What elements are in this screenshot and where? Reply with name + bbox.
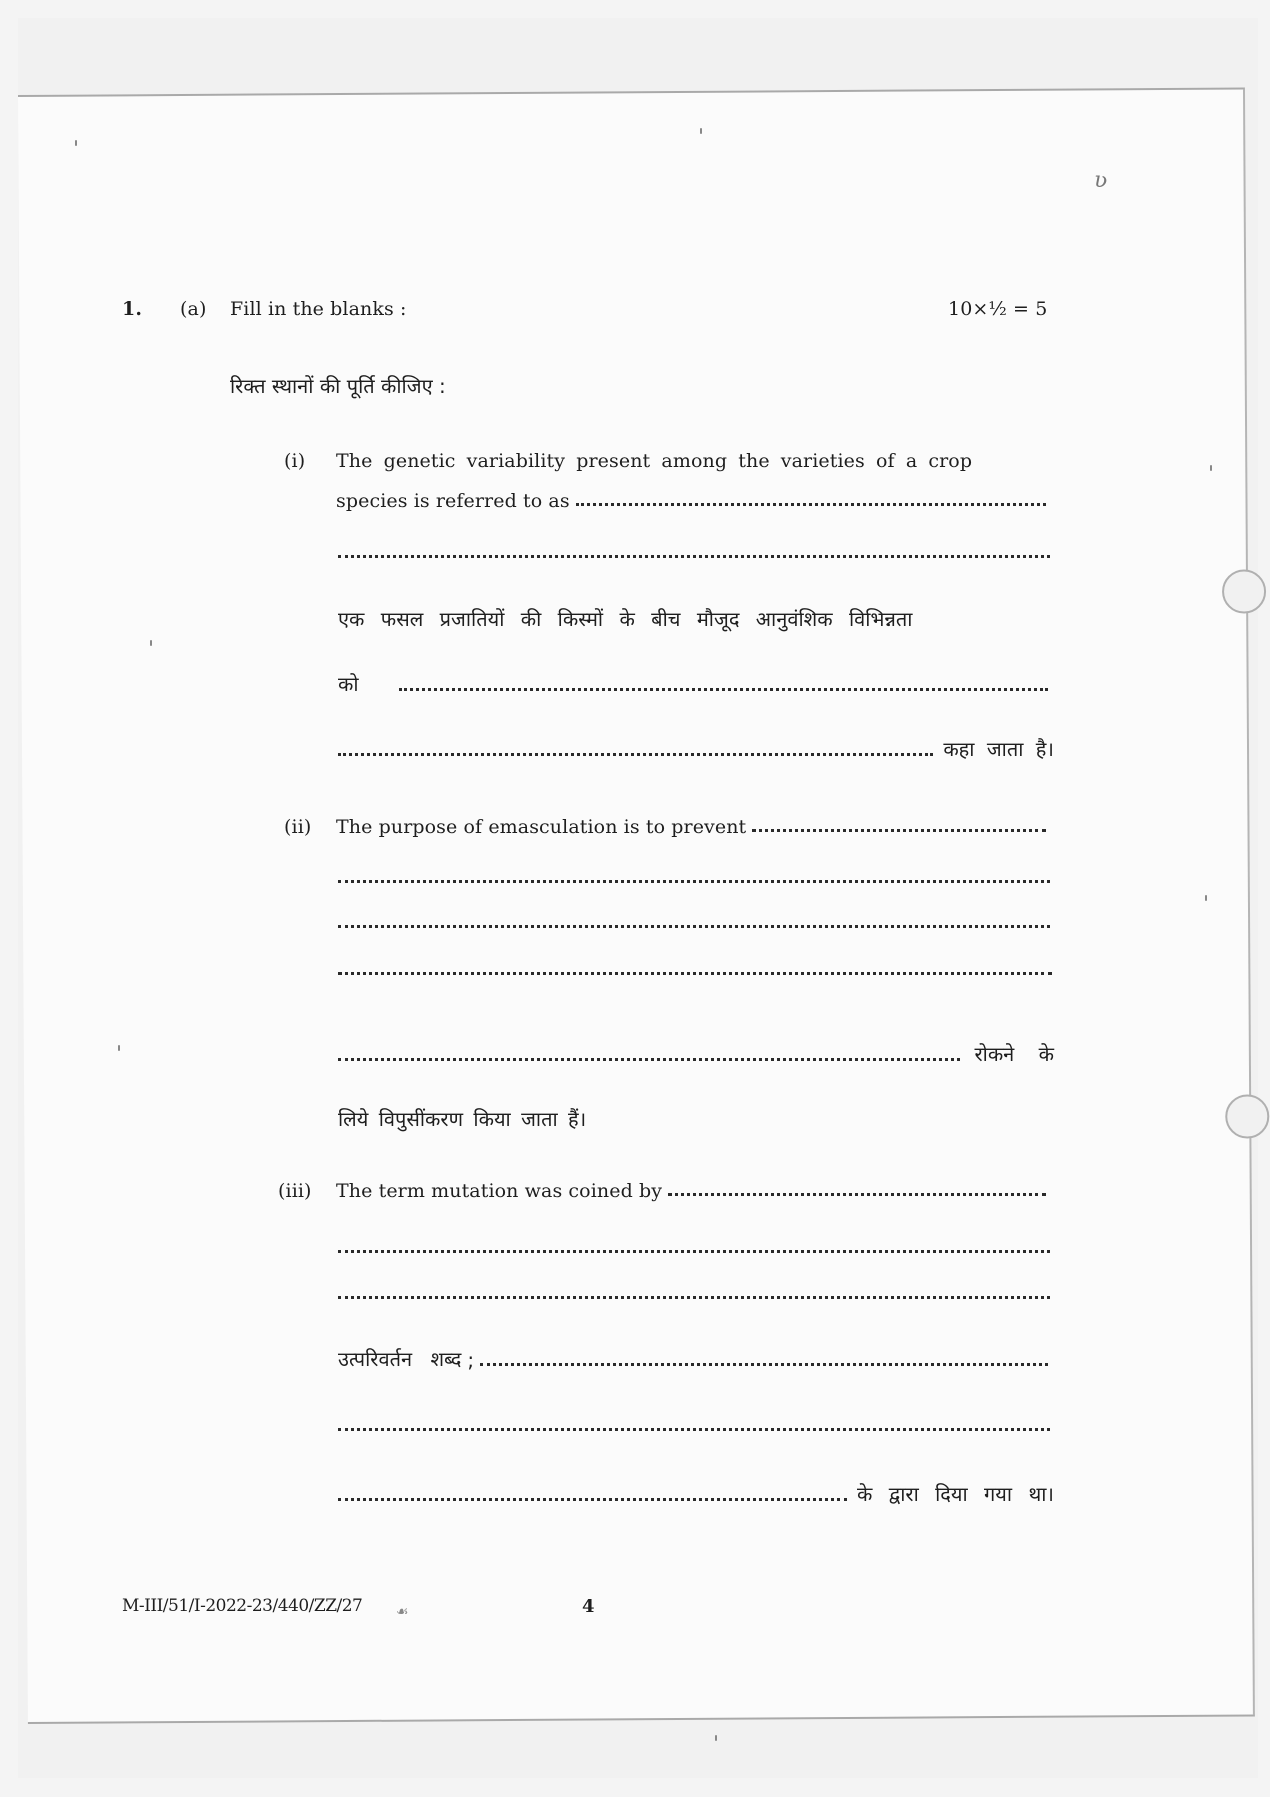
scan-speck	[118, 1045, 120, 1051]
answer-blank-iii-3[interactable]	[338, 1296, 1050, 1299]
answer-blank-iii-4[interactable]	[480, 1363, 1048, 1366]
question-instruction-en: Fill in the blanks :	[230, 298, 406, 320]
item-i-text-line2: species is referred to as	[336, 490, 570, 512]
answer-blank-ii-5[interactable]	[338, 1058, 960, 1061]
item-ii-line1: The purpose of emasculation is to preven…	[336, 816, 1052, 838]
answer-blank-iii-6[interactable]	[338, 1498, 847, 1501]
item-label-iii: (iii)	[278, 1180, 312, 1202]
item-iii-hindi-line2: के द्वारा दिया गया था।	[338, 1480, 1054, 1507]
answer-blank-i-3[interactable]	[399, 688, 1048, 691]
scan-speck	[1205, 895, 1207, 901]
item-iii-hindi-suffix: के द्वारा दिया गया था।	[857, 1480, 1054, 1507]
page-number: 4	[582, 1596, 595, 1617]
answer-blank-iii-5[interactable]	[338, 1428, 1050, 1431]
item-i-hindi-line1: एक फसल प्रजातियों की किस्मों के बीच मौजू…	[338, 605, 1054, 632]
scan-speck	[75, 140, 77, 146]
item-i-hindi-suffix: कहा जाता है।	[943, 735, 1054, 762]
item-ii-hindi-line2: लिये विपुसींकरण किया जाता हैं।	[338, 1105, 586, 1132]
item-label-i: (i)	[284, 450, 305, 472]
question-marks: 10×½ = 5	[948, 298, 1047, 320]
answer-blank-iii-1[interactable]	[668, 1193, 1046, 1196]
answer-blank-i-2[interactable]	[338, 555, 1050, 558]
scan-speck	[700, 128, 702, 134]
item-i-hindi-line2: को	[338, 670, 1054, 697]
footer-code: M-III/51/I-2022-23/440/ZZ/27	[122, 1596, 362, 1616]
item-label-ii: (ii)	[284, 816, 311, 838]
scan-speck	[150, 640, 152, 646]
item-i-hindi-line3: कहा जाता है।	[338, 735, 1054, 762]
item-ii-hindi-suffix: रोकने के	[974, 1040, 1054, 1067]
scan-mark: ʋ	[1094, 168, 1107, 193]
answer-blank-ii-1[interactable]	[752, 829, 1046, 832]
item-iii-hindi-line1: उत्परिवर्तन शब्द ;	[338, 1345, 1054, 1372]
item-ii-hindi-line1: रोकने के	[338, 1040, 1054, 1067]
answer-blank-ii-2[interactable]	[338, 880, 1050, 883]
item-iii-hindi-prefix: उत्परिवर्तन शब्द	[338, 1345, 461, 1372]
answer-blank-ii-4[interactable]	[338, 972, 1052, 975]
answer-blank-i-1[interactable]	[576, 503, 1046, 506]
answer-blank-i-4[interactable]	[338, 753, 933, 756]
question-instruction-hi: रिक्त स्थानों की पूर्ति कीजिए :	[230, 372, 446, 399]
answer-blank-iii-2[interactable]	[338, 1250, 1050, 1253]
question-number: 1.	[122, 298, 142, 320]
scan-speck	[1210, 465, 1212, 471]
answer-blank-ii-3[interactable]	[338, 925, 1050, 928]
item-iii-line1: The term mutation was coined by	[336, 1180, 1052, 1202]
item-ii-text-line1: The purpose of emasculation is to preven…	[336, 816, 746, 838]
question-part: (a)	[180, 298, 206, 320]
scan-smudge: ☙	[396, 1604, 409, 1620]
item-iii-text-line1: The term mutation was coined by	[336, 1180, 662, 1202]
item-i-text-line1: The genetic variability present among th…	[336, 450, 1052, 472]
scan-speck	[715, 1735, 717, 1741]
item-i-hindi-prefix: को	[338, 670, 359, 697]
item-i-line2: species is referred to as	[336, 490, 1052, 512]
page-content: ʋ 1. (a) Fill in the blanks : 10×½ = 5 र…	[0, 0, 1270, 1797]
